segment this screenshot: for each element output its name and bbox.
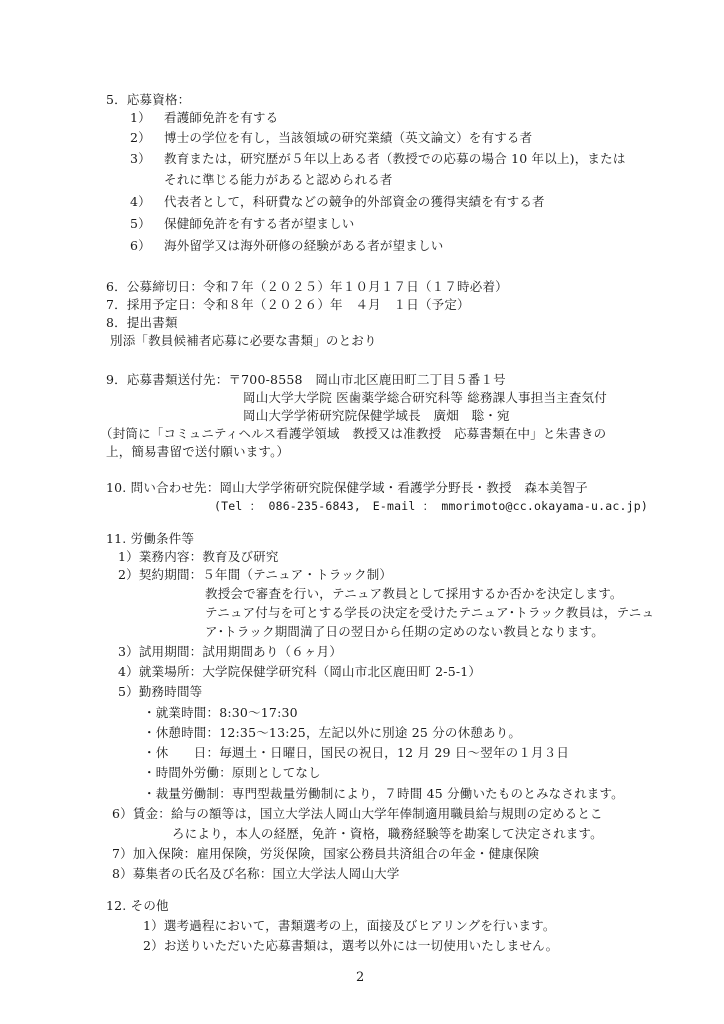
- break-time: ・休憩時間：12:35〜13:25，左記以外に別途 25 分の休憩あり。: [143, 725, 521, 741]
- section-9-note-line2: 上，簡易書留で送付願います。）: [106, 444, 289, 460]
- section-9-address: 9．応募書類送付先：〒700-8558 岡山市北区鹿田町二丁目５番１号: [106, 372, 506, 388]
- salary: 6）賃金：給与の額等は，国立大学法人岡山大学年俸制適用職員給与規則の定めるとこ: [112, 806, 603, 822]
- document-page: 5．応募資格： 1）看護師免許を有する 2）博士の学位を有し，当該領域の研究業績…: [0, 0, 724, 1024]
- section-7-start-date: 7．採用予定日：令和８年（２０２６）年 ４月 １日（予定）: [106, 297, 470, 313]
- holidays: ・休 日：毎週土・日曜日，国民の祝日，12 月 29 日〜翌年の１月３日: [143, 745, 569, 761]
- section-10-contact-details: (Tel ： 086-235-6843, E-mail ： mmorimoto@…: [214, 498, 648, 514]
- item-number: 4）: [130, 194, 164, 210]
- qualification-3: 3）教育または，研究歴が５年以上ある者（教授での応募の場合 10 年以上)，また…: [130, 151, 626, 167]
- salary-continued: ろにより，本人の経歴，免許・資格，職務経験等を勘案して決定されます。: [172, 826, 603, 842]
- contract-period-detail-1: 教授会で審査を行い，テニュア教員として採用するか否かを決定します。: [205, 586, 623, 602]
- section-10-contact: 10. 問い合わせ先：岡山大学学術研究院保健学域・看護学分野長・教授 森本美智子: [106, 480, 588, 496]
- working-hours: ・就業時間：8:30〜17:30: [143, 705, 298, 721]
- qualification-4: 4）代表者として，科研費などの競争的外部資金の獲得実績を有する者: [130, 194, 545, 210]
- contract-period-detail-2: テニュア付与を可とする学長の決定を受けたテニュア･トラック教員は，テニュ: [205, 605, 654, 621]
- insurance: 7）加入保険：雇用保険，労災保険，国家公務員共済組合の年金・健康保険: [112, 846, 539, 862]
- recruiter-name: 8）募集者の氏名及び名称：国立大学法人岡山大学: [112, 866, 400, 882]
- qualification-5: 5）保健師免許を有する者が望ましい: [130, 216, 355, 232]
- other-note-2: 2）お送りいただいた応募書類は，選考以外には一切使用いたしません。: [143, 938, 558, 954]
- work-location: 4）就業場所：大学院保健学研究科（岡山市北区鹿田町 2-5-1）: [118, 664, 481, 680]
- contract-period-detail-3: ア･トラック期間満了日の翌日から任期の定めのない教員となります。: [205, 624, 604, 640]
- section-12-title: 12. その他: [106, 898, 169, 914]
- qualification-3-continued: それに準じる能力があると認められる者: [164, 172, 393, 188]
- item-text: 看護師免許を有する: [164, 110, 278, 125]
- qualification-2: 2）博士の学位を有し，当該領域の研究業績（英文論文）を有する者: [130, 130, 532, 146]
- qualification-1: 1）看護師免許を有する: [130, 110, 278, 126]
- section-9-note-line1: （封筒に「コミュニティヘルス看護学領域 教授又は准教授 応募書類在中」と朱書きの: [100, 426, 606, 442]
- item-number: 1）: [130, 110, 164, 126]
- item-text: 教育または，研究歴が５年以上ある者（教授での応募の場合 10 年以上)，または: [164, 151, 626, 166]
- section-8-title: 8．提出書類: [106, 315, 178, 331]
- section-6-deadline: 6．公募締切日：令和７年（２０２５）年１０月１７日（１７時必着）: [106, 279, 508, 295]
- section-11-title: 11. 労働条件等: [106, 531, 194, 547]
- item-number: 3）: [130, 151, 164, 167]
- section-9-recipient-name: 岡山大学学術研究院保健学域長 廣畑 聡・宛: [243, 408, 510, 424]
- section-5-title: 5．応募資格：: [106, 92, 190, 108]
- item-text: 保健師免許を有する者が望ましい: [164, 216, 355, 231]
- overtime: ・時間外労働：原則としてなし: [143, 765, 321, 781]
- item-text: 代表者として，科研費などの競争的外部資金の獲得実績を有する者: [164, 194, 545, 209]
- item-number: 2）: [130, 130, 164, 146]
- contract-period: 2）契約期間：５年間（テニュア・トラック制）: [118, 567, 392, 583]
- item-text: 博士の学位を有し，当該領域の研究業績（英文論文）を有する者: [164, 130, 532, 145]
- page-number: 2: [356, 970, 364, 985]
- section-8-text: 別添「教員候補者応募に必要な書類」のとおり: [110, 333, 377, 349]
- work-duties: 1）業務内容：教育及び研究: [118, 549, 279, 565]
- working-hours-title: 5）勤務時間等: [118, 684, 202, 700]
- item-number: 6）: [130, 238, 164, 254]
- item-text: 海外留学又は海外研修の経験がある者が望ましい: [164, 238, 443, 253]
- item-number: 5）: [130, 216, 164, 232]
- trial-period: 3）試用期間：試用期間あり（６ヶ月）: [118, 644, 342, 660]
- qualification-6: 6）海外留学又は海外研修の経験がある者が望ましい: [130, 238, 443, 254]
- discretionary-work: ・裁量労働制：専門型裁量労働制により，７時間 45 分働いたものとみなされます。: [143, 786, 624, 802]
- section-9-recipient-office: 岡山大学大学院 医歯薬学総合研究科等 総務課人事担当主査気付: [243, 390, 607, 406]
- other-note-1: 1）選考過程において，書類選考の上，面接及びヒアリングを行います。: [143, 918, 556, 934]
